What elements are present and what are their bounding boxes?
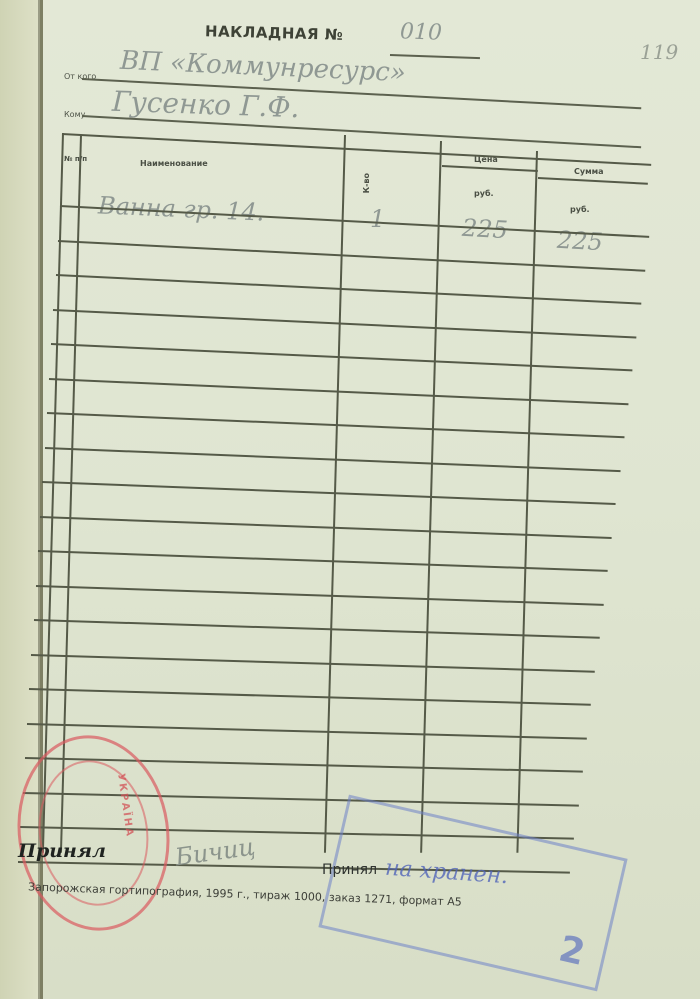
table-row-line [49, 378, 629, 405]
invoice-number: 010 [400, 19, 443, 45]
col-header-qty: К-во [362, 173, 371, 193]
table-row-line [42, 481, 616, 505]
col-header-sum-unit: руб. [570, 205, 590, 214]
corner-page-number: 119 [640, 40, 678, 64]
col-header-index: № п/п [64, 155, 87, 163]
table-row-line [56, 274, 641, 304]
table-row-line [31, 654, 595, 672]
table-row-line [34, 619, 600, 638]
sum-header-divider [538, 177, 648, 184]
received-by-label-left: Принял [18, 840, 106, 862]
table-row-line [38, 550, 608, 571]
table-row-line [36, 585, 604, 605]
col-header-sum: Сумма [574, 167, 604, 176]
col-header-name: Наименование [140, 159, 208, 168]
col-header-price-unit: руб. [474, 189, 494, 198]
table-row-line [45, 447, 621, 472]
row-1-sum: 225 [556, 226, 603, 256]
invoice-table: № п/п Наименование К-во Цена руб. Сумма … [62, 133, 652, 853]
table-row-line [51, 343, 632, 371]
invoice-title: НАКЛАДНАЯ № [205, 22, 344, 44]
table-row-line [53, 309, 636, 338]
price-header-divider [442, 165, 538, 172]
col-divider-4 [516, 151, 537, 853]
table-row-line [29, 688, 591, 705]
blue-stamp-number: 2 [555, 928, 589, 974]
received-by-label-right: Принял [322, 862, 377, 878]
table-row-line [27, 723, 587, 739]
row-1-qty: 1 [370, 205, 385, 233]
